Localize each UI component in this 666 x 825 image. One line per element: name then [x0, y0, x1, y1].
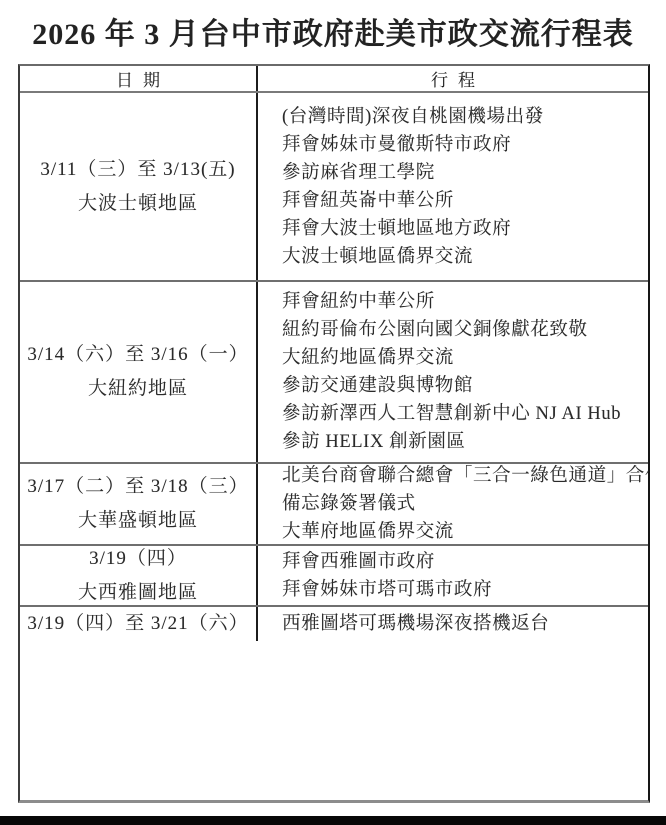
itinerary-item: 參訪麻省理工學院 — [282, 159, 648, 187]
scan-edge-bar — [0, 816, 666, 825]
date-cell: 3/19（四）大西雅圖地區 — [20, 546, 258, 605]
date-cell: 3/17（二）至 3/18（三）大華盛頓地區 — [20, 464, 258, 544]
itinerary-item: (台灣時間)深夜自桃園機場出發 — [282, 103, 648, 131]
page-title: 2026 年 3 月台中市政府赴美市政交流行程表 — [0, 9, 666, 53]
itinerary-item: 大波士頓地區僑界交流 — [282, 243, 648, 271]
itinerary-item: 紐約哥倫布公園向國父銅像獻花致敬 — [282, 316, 648, 344]
itinerary-cell: (台灣時間)深夜自桃園機場出發拜會姊妹市曼徹斯特市政府參訪麻省理工學院拜會紐英崙… — [258, 93, 648, 280]
date-text: 大西雅圖地區 — [78, 576, 198, 610]
itinerary-item: 北美台商會聯合總會「三合一綠色通道」合作 — [282, 464, 648, 490]
date-cell: 3/11（三）至 3/13(五)大波士頓地區 — [20, 93, 258, 280]
itinerary-item: 大華府地區僑界交流 — [282, 518, 648, 544]
itinerary-item: 參訪交通建設與博物館 — [282, 372, 648, 400]
table-row: 3/11（三）至 3/13(五)大波士頓地區 (台灣時間)深夜自桃園機場出發拜會… — [20, 93, 648, 282]
date-text: 大華盛頓地區 — [78, 504, 198, 538]
itinerary-item: 拜會西雅圖市政府 — [282, 548, 648, 576]
date-text: 大波士頓地區 — [78, 187, 198, 221]
date-text: 3/19（四）至 3/21（六） — [27, 607, 248, 641]
itinerary-item: 拜會姊妹市塔可瑪市政府 — [282, 576, 648, 604]
itinerary-item: 西雅圖塔可瑪機場深夜搭機返台 — [282, 610, 648, 638]
itinerary-item: 參訪 HELIX 創新園區 — [282, 428, 648, 456]
date-text: 大紐約地區 — [88, 372, 188, 406]
itinerary-item: 拜會大波士頓地區地方政府 — [282, 215, 648, 243]
column-header-itinerary: 行程 — [258, 66, 648, 91]
itinerary-item: 拜會紐約中華公所 — [282, 288, 648, 316]
itinerary-item: 備忘錄簽署儀式 — [282, 490, 648, 518]
itinerary-item: 參訪新澤西人工智慧創新中心 NJ AI Hub — [282, 400, 648, 428]
table-row: 3/19（四）至 3/21（六） 西雅圖塔可瑪機場深夜搭機返台 — [20, 607, 648, 641]
date-text: 3/14（六）至 3/16（一） — [27, 338, 248, 372]
itinerary-item: 大紐約地區僑界交流 — [282, 344, 648, 372]
itinerary-item: 拜會姊妹市曼徹斯特市政府 — [282, 131, 648, 159]
table-row: 3/17（二）至 3/18（三）大華盛頓地區 拜會馬里蘭州政府北美台商會聯合總會… — [20, 464, 648, 546]
itinerary-table: 日期 行程 3/11（三）至 3/13(五)大波士頓地區 (台灣時間)深夜自桃園… — [18, 64, 650, 803]
date-text: 3/17（二）至 3/18（三） — [27, 470, 248, 504]
itinerary-cell: 拜會馬里蘭州政府北美台商會聯合總會「三合一綠色通道」合作備忘錄簽署儀式大華府地區… — [258, 464, 648, 544]
itinerary-item: 拜會紐英崙中華公所 — [282, 187, 648, 215]
date-text: 3/19（四） — [89, 542, 187, 576]
table-row: 3/14（六）至 3/16（一）大紐約地區 拜會紐約中華公所紐約哥倫布公園向國父… — [20, 282, 648, 464]
table-header-row: 日期 行程 — [20, 66, 648, 93]
scanned-document-page: 2026 年 3 月台中市政府赴美市政交流行程表 日期 行程 3/11（三）至 … — [0, 0, 666, 825]
itinerary-cell: 西雅圖塔可瑪機場深夜搭機返台 — [258, 607, 648, 641]
itinerary-cell: 拜會西雅圖市政府拜會姊妹市塔可瑪市政府 — [258, 546, 648, 605]
date-cell: 3/19（四）至 3/21（六） — [20, 607, 258, 641]
column-header-date: 日期 — [20, 66, 258, 91]
date-cell: 3/14（六）至 3/16（一）大紐約地區 — [20, 282, 258, 462]
table-row: 3/19（四）大西雅圖地區 拜會西雅圖市政府拜會姊妹市塔可瑪市政府 — [20, 546, 648, 607]
itinerary-cell: 拜會紐約中華公所紐約哥倫布公園向國父銅像獻花致敬大紐約地區僑界交流參訪交通建設與… — [258, 282, 648, 462]
date-text: 3/11（三）至 3/13(五) — [40, 153, 235, 187]
